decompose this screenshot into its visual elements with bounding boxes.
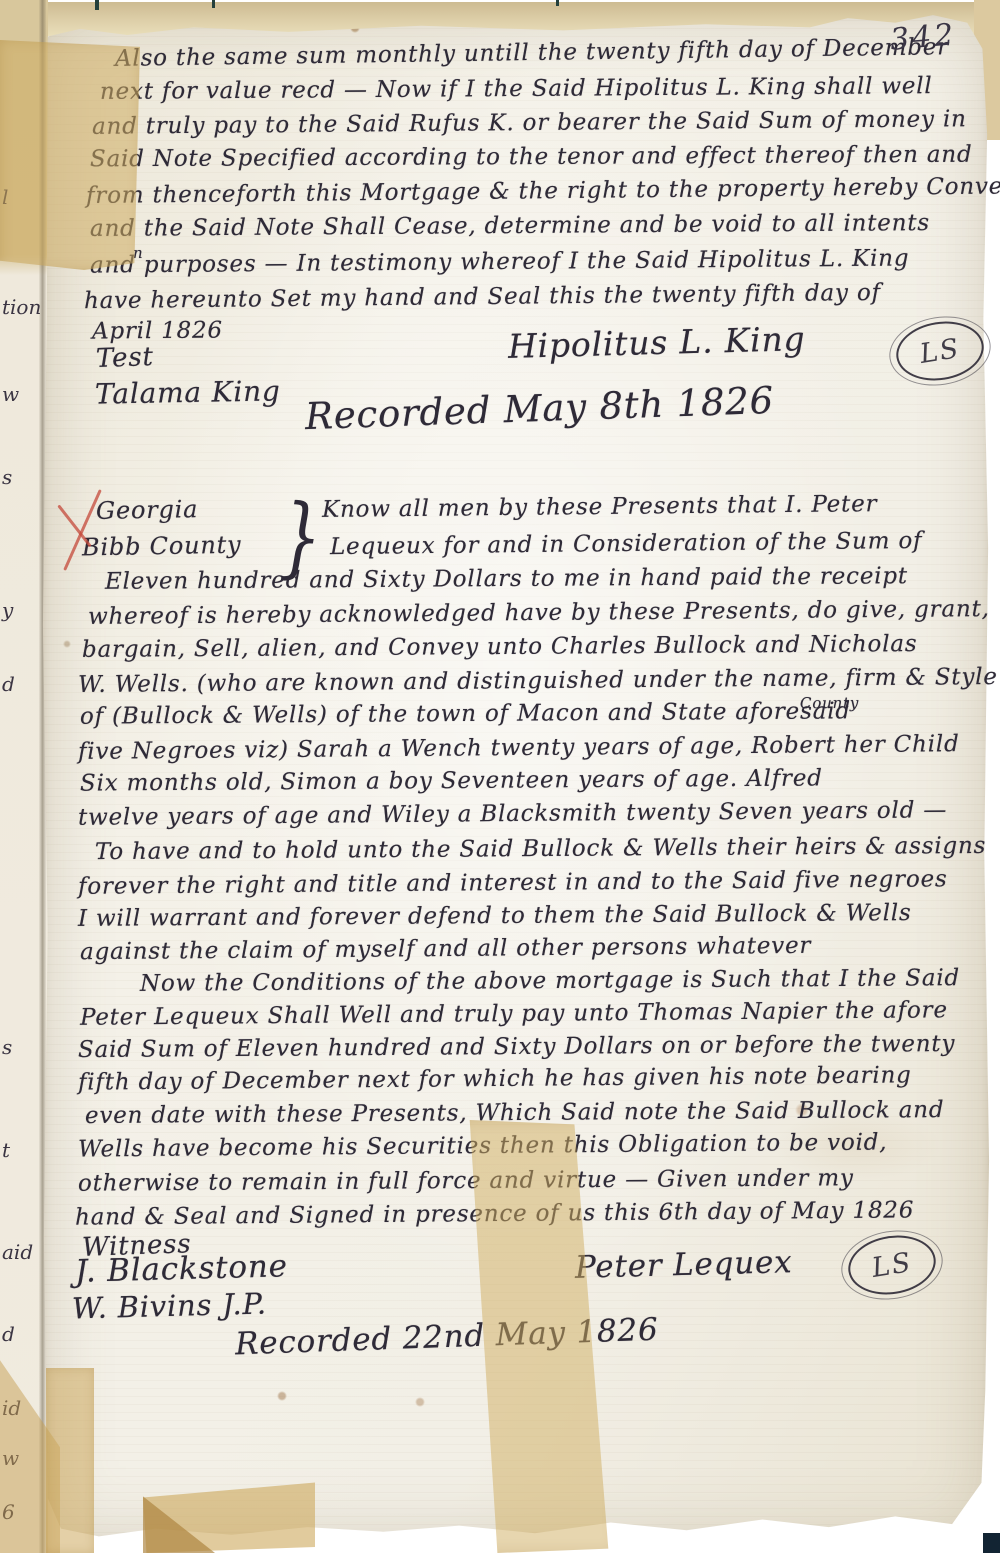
manuscript-page [42,12,990,1544]
document-scan: ltionwsydstaiddidw6 Also the same sum mo… [0,0,1000,1553]
page-number: 342 [889,17,958,58]
scan-artifact-corner [983,1533,1000,1553]
county-brace: } [278,484,323,589]
red-check-mark [55,488,115,573]
scan-artifact-thread [212,0,215,8]
scan-artifact-thread [556,0,559,6]
scan-artifact-thread [95,0,99,10]
binding-crease [39,0,46,1553]
